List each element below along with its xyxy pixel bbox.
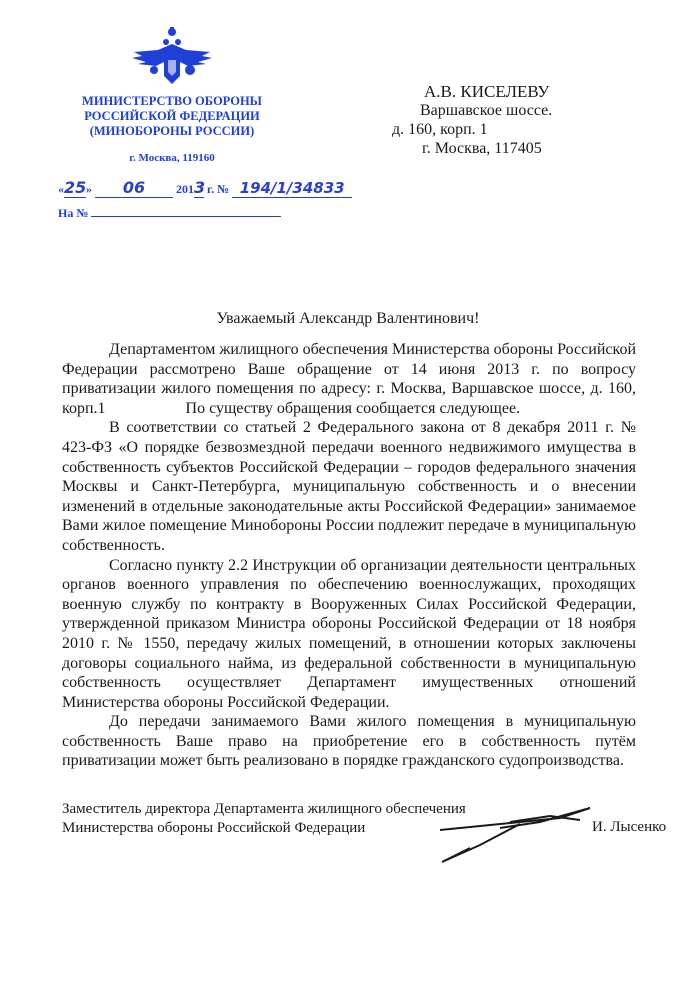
reg-year-suffix: 3 xyxy=(194,178,204,198)
eagle-emblem-icon xyxy=(128,26,216,88)
recipient-name: А.В. КИСЕЛЕВУ xyxy=(400,82,600,101)
recipient-street: Варшавское шоссе. xyxy=(400,101,600,120)
ministry-city: г. Москва, 119160 xyxy=(62,152,282,164)
reg-day: 25 xyxy=(64,178,86,198)
reg-number-label: г. № xyxy=(207,182,229,196)
signer-name: И. Лысенко xyxy=(592,819,666,836)
handwritten-signature-icon xyxy=(440,800,600,870)
salutation: Уважаемый Александр Валентинович! xyxy=(0,310,696,328)
registration-line: «25» 06 2013 г. № 194/1/34833 На № xyxy=(58,178,352,221)
recipient-block: А.В. КИСЕЛЕВУ Варшавское шоссе. д. 160, … xyxy=(400,82,600,158)
paragraph: Департаментом жилищного обеспечения Мини… xyxy=(62,340,636,418)
recipient-city: г. Москва, 117405 xyxy=(400,139,600,158)
org-line: РОССИЙСКОЙ ФЕДЕРАЦИИ xyxy=(62,109,282,124)
reply-label: На № xyxy=(58,206,88,220)
reg-number: 194/1/34833 xyxy=(232,179,352,198)
paragraph: В соответствии со статьей 2 Федерального… xyxy=(62,418,636,555)
reg-month: 06 xyxy=(95,178,173,198)
reply-number-field xyxy=(91,204,281,217)
recipient-building: д. 160, корп. 1 xyxy=(392,120,600,139)
org-line: (МИНОБОРОНЫ РОССИИ) xyxy=(62,124,282,139)
paragraph: До передачи занимаемого Вами жилого поме… xyxy=(62,712,636,771)
reg-year-prefix: 201 xyxy=(176,182,194,196)
ministry-name: МИНИСТЕРСТВО ОБОРОНЫ РОССИЙСКОЙ ФЕДЕРАЦИ… xyxy=(62,94,282,139)
paragraph: Согласно пункту 2.2 Инструкции об органи… xyxy=(62,556,636,713)
letter-body: Департаментом жилищного обеспечения Мини… xyxy=(62,340,636,771)
org-line: МИНИСТЕРСТВО ОБОРОНЫ xyxy=(62,94,282,109)
